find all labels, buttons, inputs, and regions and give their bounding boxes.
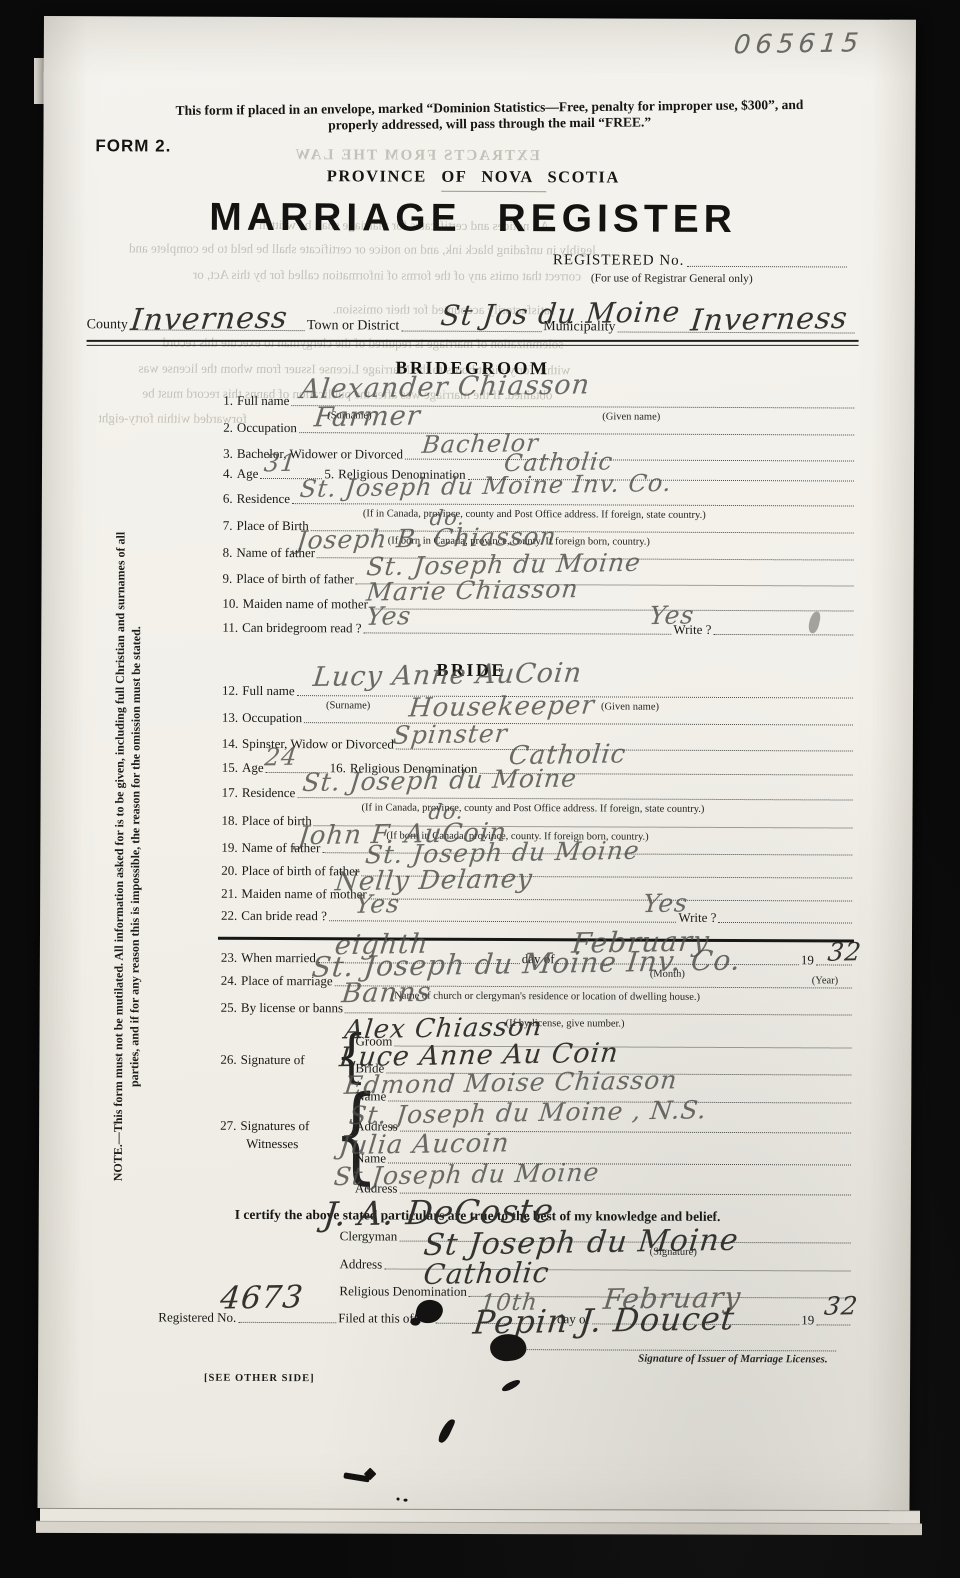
field-number: 19. — [221, 840, 237, 854]
ink-dot — [404, 1499, 408, 1502]
witnesses-label-line2: Witnesses — [246, 1137, 298, 1152]
under-sheet-edge — [36, 1521, 922, 1535]
hw-groom-full-name: Alexander Chiasson — [299, 371, 592, 403]
field-label: Full name — [237, 394, 289, 409]
field-label: Residence — [237, 492, 290, 507]
district-label: Town or District — [307, 318, 399, 334]
hw-bride-full-name: Lucy Anne AuCoin — [312, 660, 584, 692]
hw-county: Inverness — [129, 303, 289, 336]
hw-clergyman-address: St Joseph du Moine — [422, 1226, 740, 1261]
hw-place-of-marriage: St. Joseph du Moine Inv. Co. — [310, 947, 742, 982]
bleedthrough-text: EXTRACTS FROM THE LAW — [293, 147, 539, 165]
field-number: 8. — [223, 545, 233, 559]
hw-marriage-year: 32 — [827, 939, 863, 965]
field-row-read-write-groom: 11.Can bridegroom read ? Write ? — [222, 615, 855, 638]
field-label: Age — [237, 467, 259, 481]
hw-groom-write: Yes — [648, 602, 696, 628]
hw-filed-year: 32 — [823, 1293, 859, 1319]
hw-bride-age: 24 — [263, 745, 298, 770]
hw-groom-age: 31 — [263, 451, 298, 476]
field-label: Signatures of — [240, 1118, 309, 1133]
hw-municipality: Inverness — [689, 304, 849, 337]
province-heading: PROVINCE OF NOVA SCOTIA — [163, 166, 783, 189]
field-label: Bachelor, Widower or Divorced — [237, 447, 403, 462]
signature-of-label-group: 26.Signature of — [220, 1051, 304, 1069]
side-note-vertical: NOTE.—This form must not be mutilated. A… — [110, 520, 145, 1192]
province-underline — [441, 191, 546, 192]
field-number: 9. — [223, 571, 233, 585]
field-number: 14. — [222, 736, 238, 750]
bleedthrough-text: legibly in unfading black ink, and no no… — [129, 240, 596, 258]
registrar-note: (For use of Registrar General only) — [591, 272, 753, 285]
hw-bride-residence: St. Joseph du Moine — [301, 765, 578, 795]
field-number: 17. — [222, 785, 238, 799]
hw-witness2-address: St Joseph du Moine — [333, 1160, 601, 1189]
hw-bride-father-birthplace: St. Joseph du Moine — [364, 838, 641, 868]
ink-stroke — [437, 1417, 456, 1444]
field-label: Age — [242, 761, 264, 775]
field-label: Occupation — [237, 421, 297, 436]
field-number: 2. — [223, 420, 233, 434]
field-number: 4. — [223, 466, 233, 480]
hw-witness1-address: St. Joseph du Moine , N.S. — [348, 1097, 708, 1128]
field-number: 1. — [223, 393, 233, 407]
county-label: County — [87, 317, 128, 333]
year-prefix: 19 — [801, 1313, 814, 1327]
hw-groom-read: Yes — [365, 603, 413, 629]
field-number: 10. — [222, 596, 238, 610]
field-number: 23. — [221, 950, 237, 964]
hw-district: St Jos du Moine — [439, 298, 682, 330]
field-number: 20. — [221, 863, 237, 877]
field-label: Can bridegroom read ? — [242, 621, 362, 636]
form-number-label: FORM 2. — [95, 136, 171, 156]
field-number: 25. — [221, 1000, 237, 1014]
field-number: 21. — [221, 886, 237, 900]
mail-notice: This form if placed in an envelope, mark… — [99, 96, 879, 135]
field-label: Residence — [242, 786, 295, 801]
bleedthrough-text: correct that omits any of the forms of i… — [193, 267, 581, 285]
field-label: Can bride read ? — [241, 909, 327, 924]
field-number: 6. — [223, 491, 233, 505]
section-divider-rule — [218, 937, 854, 942]
issuer-signature-note: Signature of Issuer of Marriage Licenses… — [638, 1353, 828, 1366]
field-number: 24. — [221, 973, 237, 987]
field-label: Full name — [242, 684, 294, 699]
year-prefix: 19 — [801, 953, 814, 967]
field-number: 11. — [222, 620, 238, 634]
field-number: 26. — [220, 1052, 236, 1067]
field-label: Occupation — [242, 711, 302, 726]
field-number: 15. — [222, 760, 238, 774]
film-scan-background: EXTRACTS FROM THE LAW All notices and ce… — [0, 0, 960, 1578]
double-rule — [87, 340, 859, 346]
field-number: 3. — [223, 446, 233, 460]
page-title: MARRIAGE REGISTER — [163, 196, 783, 243]
field-label: Maiden name of mother — [243, 597, 368, 612]
hw-witness2-name: Julia Aucoin — [338, 1130, 511, 1159]
hw-groom-father: Joseph B. Chiasson — [295, 523, 558, 552]
hw-bride-occupation: Housekeeper — [408, 692, 597, 721]
field-number: 22. — [221, 908, 237, 922]
registered-no-row: REGISTERED No. — [553, 248, 849, 269]
ink-stroke — [501, 1378, 522, 1394]
registered-no-label: REGISTERED No. — [553, 252, 685, 269]
field-number: 27. — [220, 1118, 236, 1133]
hw-groom-occupation: Farmer — [313, 403, 422, 432]
witnesses-label-line1: 27.Signatures of — [220, 1117, 309, 1135]
film-number-handwritten: 065615 — [733, 30, 865, 58]
field-number: 18. — [221, 813, 237, 827]
hw-bride-write: Yes — [642, 890, 690, 916]
ink-blot — [410, 1318, 420, 1326]
field-label: Place of birth of father — [236, 572, 354, 587]
address-label: Address — [340, 1257, 383, 1271]
hw-bride-status: Spinster — [392, 721, 509, 748]
hw-clergyman-signature: J. A. DeCoste — [322, 1194, 556, 1231]
hw-registered-no: 4673 — [219, 1282, 305, 1314]
religious-denomination-row: Religious Denomination — [339, 1278, 852, 1300]
ink-dot — [397, 1498, 400, 1501]
field-number: 12. — [222, 683, 238, 697]
see-other-side-label: [SEE OTHER SIDE] — [204, 1373, 315, 1384]
hw-witness1-name: Edmond Moise Chiasson — [343, 1067, 679, 1098]
field-row-mother-bride: 21.Maiden name of mother — [221, 881, 854, 904]
marriage-register-document: EXTRACTS FROM THE LAW All notices and ce… — [37, 16, 916, 1512]
field-label: When married — [241, 951, 316, 966]
field-label: By license or banns — [241, 1001, 343, 1016]
hw-bride-read: Yes — [354, 891, 402, 917]
field-number: 13. — [222, 710, 238, 724]
field-row-read-write-bride: 22.Can bride read ? Write ? — [221, 903, 854, 926]
field-number: 7. — [223, 518, 233, 532]
hw-banns: Banns — [340, 979, 432, 1008]
hw-groom-residence: St. Joseph du Moine Inv. Co. — [299, 471, 673, 501]
hw-clergyman-religion: Catholic — [422, 1259, 551, 1289]
field-label: Signature of — [241, 1052, 305, 1067]
